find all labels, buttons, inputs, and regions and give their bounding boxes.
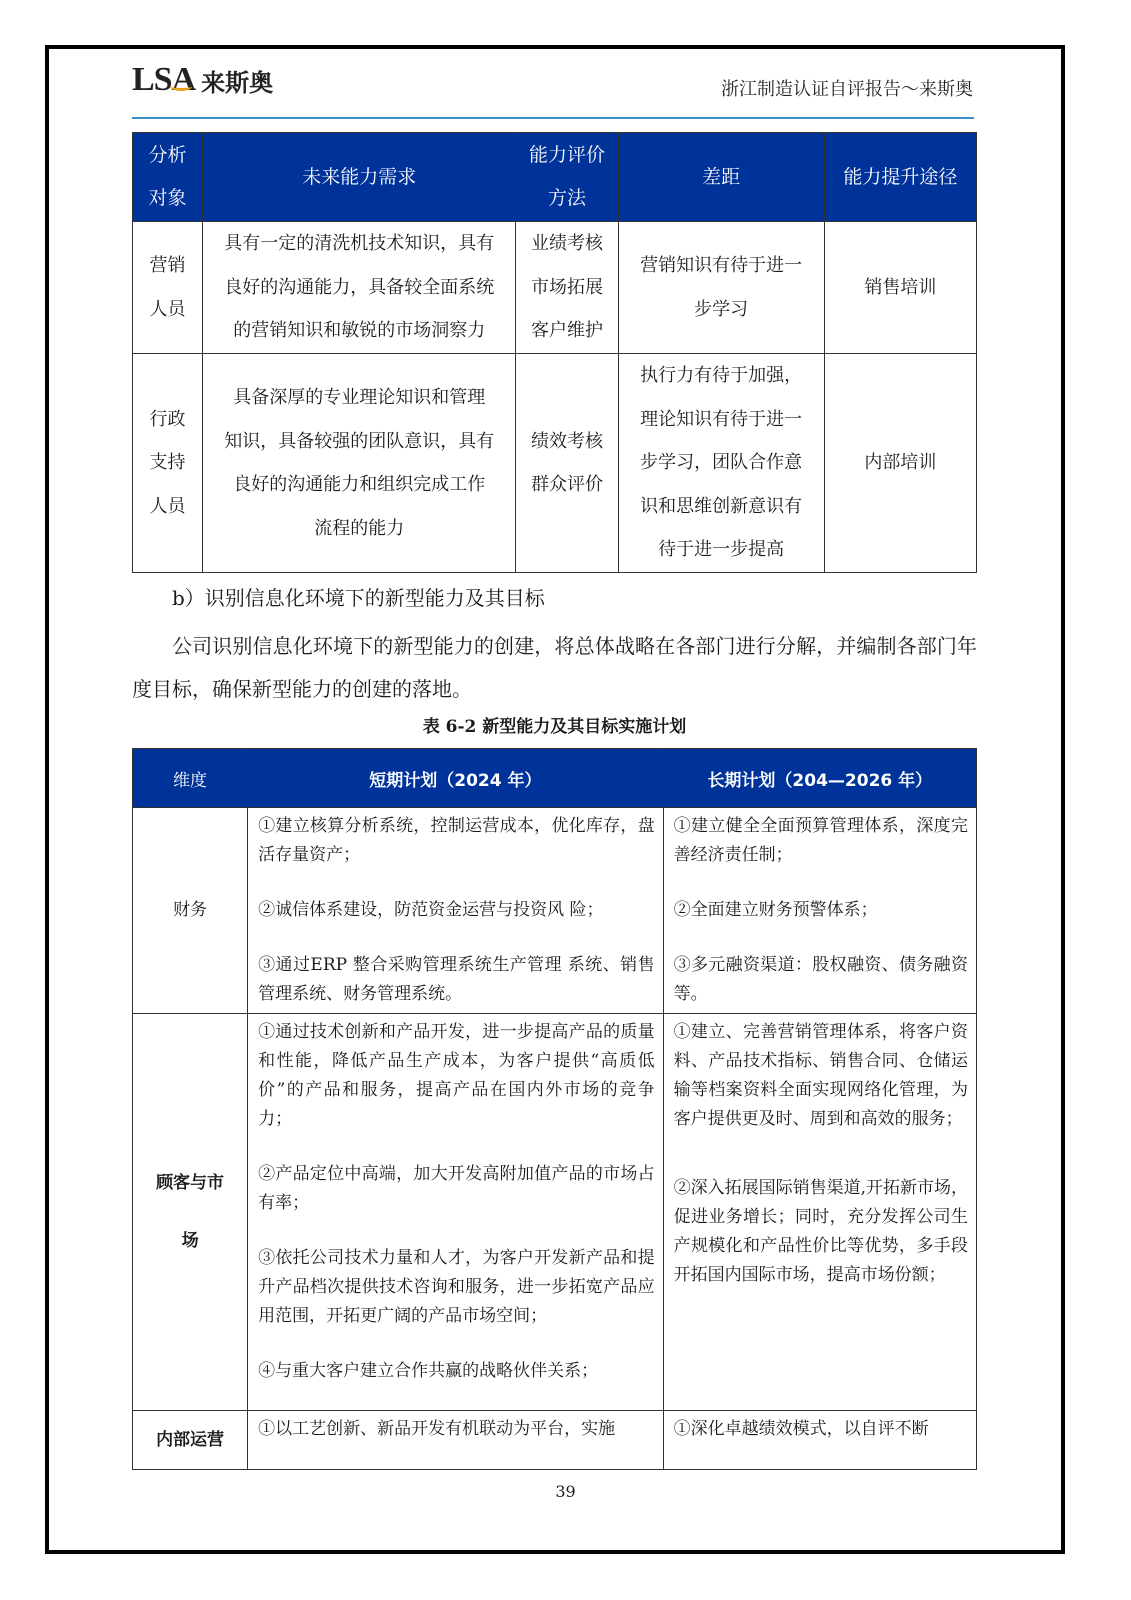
cell-gap: 执行力有待于加强， 理论知识有待于进一 步学习，团队合作意 识和思维创新意识有 … [618, 354, 824, 573]
cell-dimension: 财务 [133, 808, 248, 1014]
cell-gap: 营销知识有待于进一 步学习 [618, 222, 824, 354]
report-title: 浙江制造认证自评报告～来斯奥 [721, 75, 973, 101]
cell-short-term: ①建立核算分析系统，控制运营成本，优化库存，盘活存量资产； ②诚信体系建设，防范… [248, 808, 663, 1014]
cell-need: 具备深厚的专业理论知识和管理 知识，具备较强的团队意识，具有 良好的沟通能力和组… [203, 354, 516, 573]
header-dimension: 维度 [133, 749, 248, 808]
header-object: 分析 对象 [133, 133, 203, 222]
table-row: 顾客与市 场 ①通过技术创新和产品开发，进一步提高产品的质量和性能，降低产品生产… [133, 1014, 977, 1411]
section-subheading: b）识别信息化环境下的新型能力及其目标 [172, 582, 545, 611]
table-caption: 表 6-2 新型能力及其目标实施计划 [132, 712, 977, 737]
header-divider [132, 117, 974, 119]
cell-long-term: ①建立健全全面预算管理体系，深度完善经济责任制； ②全面建立财务预警体系； ③多… [663, 808, 976, 1014]
page-number: 39 [0, 1482, 1131, 1501]
cell-dimension: 顾客与市 场 [133, 1014, 248, 1411]
cell-short-term: ①以工艺创新、新品开发有机联动为平台，实施 [248, 1411, 663, 1470]
table-header-row: 维度 短期计划（2024 年） 长期计划（204—2026 年） [133, 749, 977, 808]
new-capability-plan-table: 维度 短期计划（2024 年） 长期计划（204—2026 年） 财务 ①建立核… [132, 748, 977, 1470]
cell-object: 营销 人员 [133, 222, 203, 354]
header-need: 未来能力需求 [203, 133, 516, 222]
cell-object: 行政 支持 人员 [133, 354, 203, 573]
header-long-term: 长期计划（204—2026 年） [663, 749, 976, 808]
logo-swoosh-icon [170, 82, 192, 91]
table-row: 内部运营 ①以工艺创新、新品开发有机联动为平台，实施 ①深化卓越绩效模式，以自评… [133, 1411, 977, 1470]
capability-gap-table: 分析 对象 未来能力需求 能力评价 方法 差距 能力提升途径 营销 人员 具有一… [132, 132, 977, 573]
cell-method: 业绩考核 市场拓展 客户维护 [516, 222, 618, 354]
logo-latin: LSA [132, 61, 195, 99]
cell-path: 内部培训 [824, 354, 976, 573]
header-gap: 差距 [618, 133, 824, 222]
header-path: 能力提升途径 [824, 133, 976, 222]
body-paragraph: 公司识别信息化环境下的新型能力的创建，将总体战略在各部门进行分解，并编制各部门年… [132, 625, 977, 711]
logo-chinese: 来斯奥 [201, 63, 273, 98]
header-method: 能力评价 方法 [516, 133, 618, 222]
table-row: 行政 支持 人员 具备深厚的专业理论知识和管理 知识，具备较强的团队意识，具有 … [133, 354, 977, 573]
cell-short-term: ①通过技术创新和产品开发，进一步提高产品的质量和性能，降低产品生产成本，为客户提… [248, 1014, 663, 1411]
cell-path: 销售培训 [824, 222, 976, 354]
cell-dimension: 内部运营 [133, 1411, 248, 1470]
cell-method: 绩效考核 群众评价 [516, 354, 618, 573]
cell-long-term: ①深化卓越绩效模式，以自评不断 [663, 1411, 976, 1470]
cell-long-term: ①建立、完善营销管理体系，将客户资料、产品技术指标、销售合同、仓储运输等档案资料… [663, 1014, 976, 1411]
company-logo: LSA 来斯奥 [132, 60, 273, 100]
table-row: 财务 ①建立核算分析系统，控制运营成本，优化库存，盘活存量资产； ②诚信体系建设… [133, 808, 977, 1014]
header-short-term: 短期计划（2024 年） [248, 749, 663, 808]
table-row: 营销 人员 具有一定的清洗机技术知识，具有 良好的沟通能力，具备较全面系统 的营… [133, 222, 977, 354]
table-header-row: 分析 对象 未来能力需求 能力评价 方法 差距 能力提升途径 [133, 133, 977, 222]
cell-need: 具有一定的清洗机技术知识，具有 良好的沟通能力，具备较全面系统 的营销知识和敏锐… [203, 222, 516, 354]
